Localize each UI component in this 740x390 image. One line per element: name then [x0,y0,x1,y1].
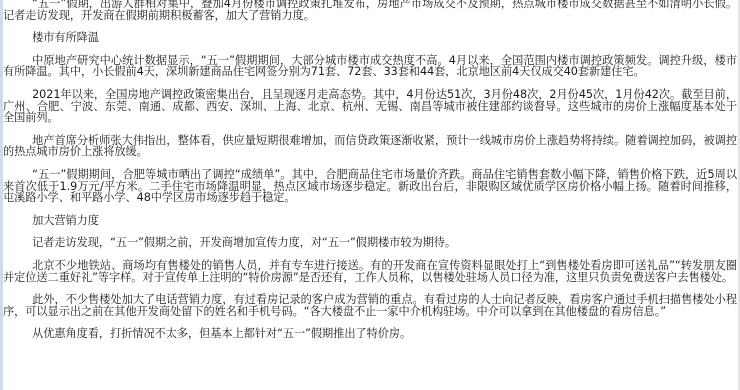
paragraph-centaline-stats: 中原地产研究中心统计数据显示，“五一”假期期间，大部分城市楼市成交热度不高。4月… [3,55,737,78]
paragraph-analyst-comment: 地产首席分析师张大伟指出，整体看，供应量短期很难增加，而信贷政策逐渐收紧，预计一… [3,135,737,158]
paragraph-reporter-visit: 记者走访发现，“五一”假期之前，开发商增加宣传力度，对“五一”假期楼市较为期待。 [3,237,737,249]
paragraph-2021-policies: 2021年以来，全国房地产调控政策密集出台，且呈现逐月走高态势。其中，4月份达5… [3,89,737,124]
paragraph-intro: “五一”假期，出游人群相对集中，叠加4月份楼市调控政策扎堆发布，房地产市场成交不… [3,0,737,21]
paragraph-discounts: 从优惠角度看，打折情况不太多，但基本上都针对“五一”假期推出了特价房。 [3,328,737,340]
document-page: “五一”假期，出游人群相对集中，叠加4月份楼市调控政策扎堆发布，房地产市场成交不… [0,0,740,390]
paragraph-beijing-sales: 北京不少地铁站、商场均有售楼处的销售人员，并有专车进行接送。有的开发商在宣传资料… [3,260,737,283]
section-heading-market-cooling: 楼市有所降温 [3,32,737,44]
paragraph-hefei-report: “五一”假期期间，合肥等城市晒出了调控“成绩单”。其中，合肥商品住宅市场量价齐跌… [3,169,737,204]
article-body: “五一”假期，出游人群相对集中，叠加4月份楼市调控政策扎堆发布，房地产市场成交不… [3,0,737,351]
paragraph-phone-marketing: 此外，不少售楼处加大了电话营销力度，有过看房记录的客户成为营销的重点。有看过房的… [3,294,737,317]
section-heading-marketing: 加大营销力度 [3,215,737,227]
